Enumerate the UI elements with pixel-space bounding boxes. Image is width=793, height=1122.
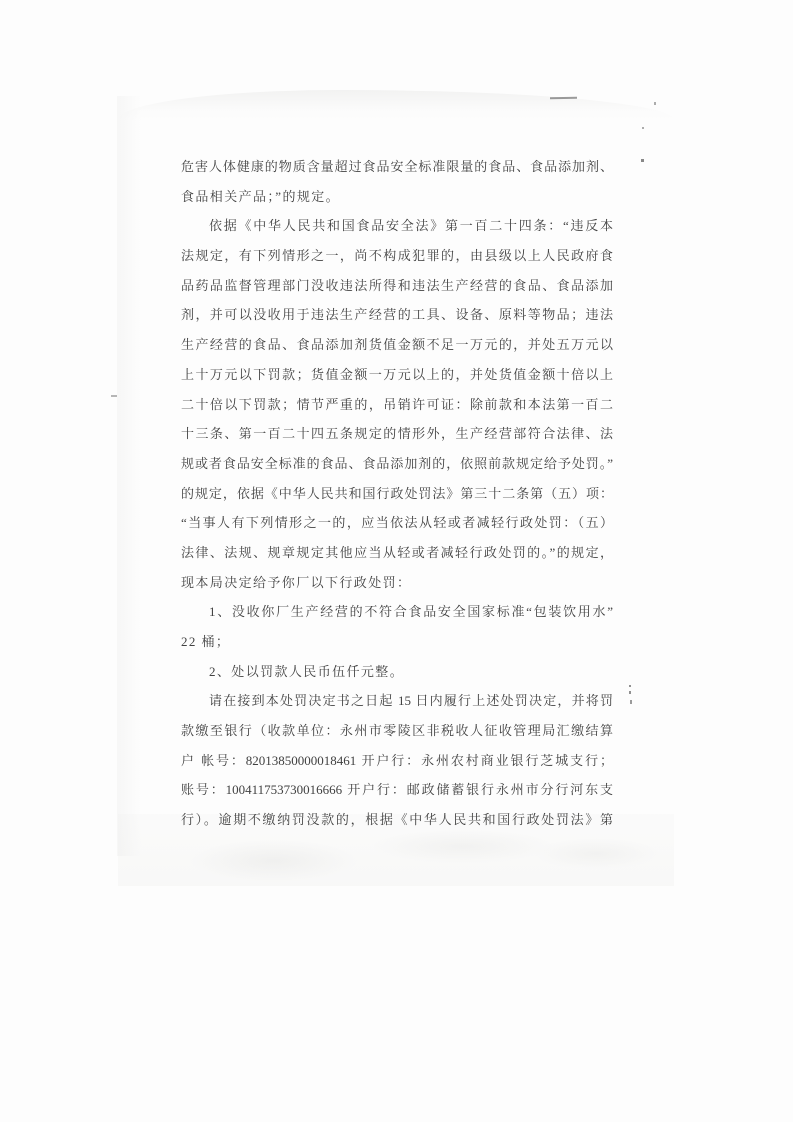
document-line: 生产经营的食品、食品添加剂货值金额不足一万元的，并处五万元以 (181, 330, 613, 360)
scan-speck (654, 102, 656, 105)
document-line: 法律、法规、规章规定其他应当从轻或者减轻行政处罚的。”的规定， (181, 538, 613, 568)
document-line: 十三条、第一百二十四五条规定的情形外，生产经营部符合法律、法 (181, 419, 613, 449)
document-line: 剂，并可以没收用于违法生产经营的工具、设备、原料等物品；违法 (181, 300, 613, 330)
scanned-page: 危害人体健康的物质含量超过食品安全标准限量的食品、食品添加剂、食品相关产品；”的… (0, 0, 793, 1122)
document-line: 1、没收你厂生产经营的不符合食品安全国家标准“包装饮用水” (181, 597, 613, 627)
scan-shadow-top (118, 90, 674, 120)
document-line: 的规定，依据《中华人民共和国行政处罚法》第三十二条第（五）项： (181, 479, 613, 509)
document-line: 依据《中华人民共和国食品安全法》第一百二十四条：“违反本 (181, 211, 613, 241)
scan-speck (629, 691, 631, 694)
document-line: 2、处以罚款人民币伍仟元整。 (181, 657, 613, 687)
scan-speck (642, 127, 644, 129)
document-line: 户 帐号：82013850000018461 开户行：永州农村商业银行芝城支行； (181, 746, 613, 776)
document-line: 危害人体健康的物质含量超过食品安全标准限量的食品、食品添加剂、 (181, 152, 613, 182)
document-line: 食品相关产品；”的规定。 (181, 182, 613, 212)
document-line: 账号：100411753730016666 开户行：邮政储蓄银行永州市分行河东支 (181, 775, 613, 805)
document-line: 规或者食品安全标准的食品、食品添加剂的，依照前款规定给予处罚。” (181, 449, 613, 479)
document-line: 法规定，有下列情形之一，尚不构成犯罪的，由县级以上人民政府食 (181, 241, 613, 271)
scan-speck (111, 395, 117, 397)
document-line: 现本局决定给予你厂以下行政处罚： (181, 568, 613, 598)
document-line: 行）。逾期不缴纳罚没款的，根据《中华人民共和国行政处罚法》第 (181, 805, 613, 835)
document-line: 22 桶； (181, 627, 613, 657)
scan-speck (630, 700, 632, 704)
document-line: 上十万元以下罚款；货值金额一万元以上的，并处货值金额十倍以上 (181, 360, 613, 390)
document-line: 款缴至银行（收款单位：永州市零陵区非税收人征收管理局汇缴结算 (181, 716, 613, 746)
scan-shadow-left (117, 96, 141, 856)
document-line: 二十倍以下罚款；情节严重的，吊销许可证：除前款和本法第一百二 (181, 390, 613, 420)
scan-speck (629, 685, 631, 687)
document-line: “当事人有下列情形之一的，应当依法从轻或者减轻行政处罚：（五） (181, 508, 613, 538)
document-body: 危害人体健康的物质含量超过食品安全标准限量的食品、食品添加剂、食品相关产品；”的… (181, 152, 613, 835)
scan-speck (641, 159, 644, 162)
document-line: 请在接到本处罚决定书之日起 15 日内履行上述处罚决定，并将罚 (181, 686, 613, 716)
document-line: 品药品监督管理部门没收违法所得和违法生产经营的食品、食品添加 (181, 271, 613, 301)
